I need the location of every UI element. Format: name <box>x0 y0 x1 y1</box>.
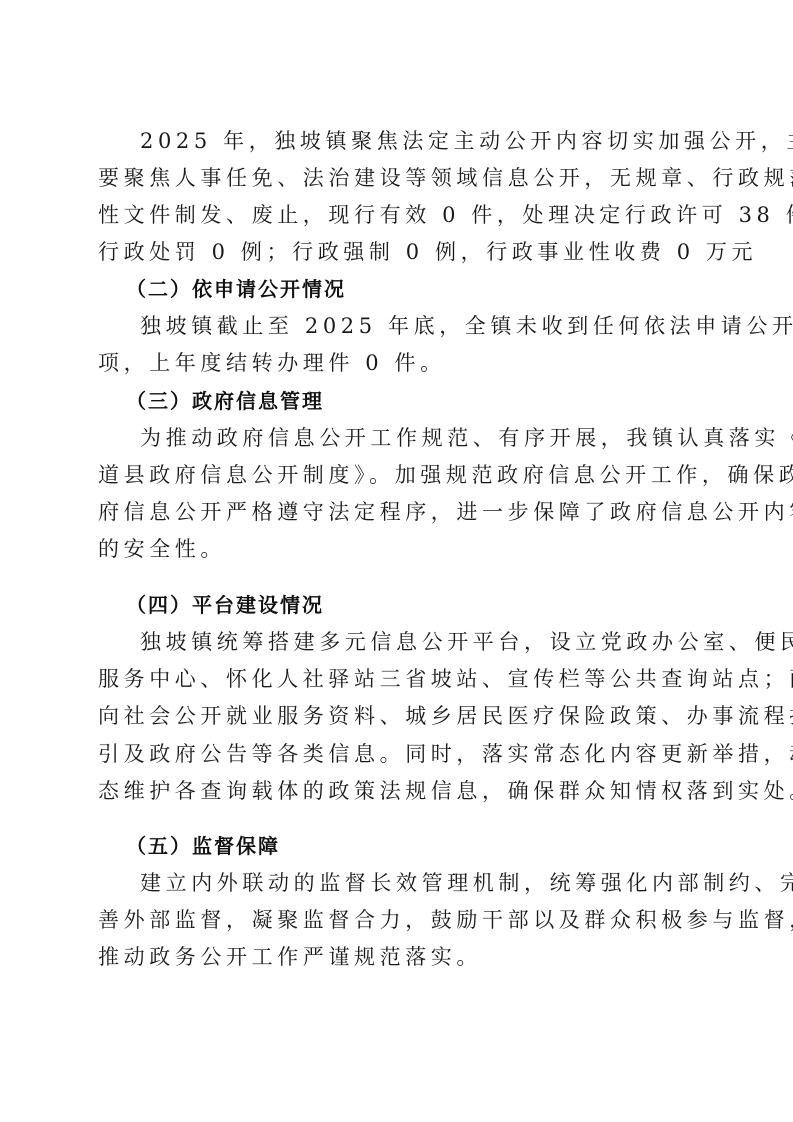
section-heading-info-management: （三）政府信息管理 <box>126 388 324 414</box>
paragraph-line: 向社会公开就业服务资料、城乡居民医疗保险政策、办事流程指 <box>98 703 698 729</box>
paragraph-line: 府信息公开严格遵守法定程序，进一步保障了政府信息公开内容 <box>98 499 698 525</box>
paragraph-line: 态维护各查询载体的政策法规信息，确保群众知情权落到实处。 <box>98 778 698 804</box>
section-heading-platform-construction: （四）平台建设情况 <box>126 592 324 618</box>
paragraph-line: 独坡镇截止至 2025 年底，全镇未收到任何依法申请公开事 <box>140 313 740 339</box>
paragraph-line: 行政处罚 0 例；行政强制 0 例，行政事业性收费 0 万元 <box>98 239 698 265</box>
paragraph-line: 为推动政府信息公开工作规范、有序开展，我镇认真落实《通 <box>140 425 740 451</box>
paragraph-line: 项，上年度结转办理件 0 件。 <box>98 350 698 376</box>
paragraph-line: 道县政府信息公开制度》。加强规范政府信息公开工作，确保政 <box>98 462 698 488</box>
document-page: 2025 年，独坡镇聚焦法定主动公开内容切实加强公开，主 要聚焦人事任免、法治建… <box>0 0 793 1122</box>
section-heading-apply-disclosure: （二）依申请公开情况 <box>126 276 346 302</box>
paragraph-line: 服务中心、怀化人社驿站三省坡站、宣传栏等公共查询站点；面 <box>98 666 698 692</box>
section-heading-supervision: （五）监督保障 <box>126 833 280 859</box>
paragraph-line: 建立内外联动的监督长效管理机制，统筹强化内部制约、完 <box>140 870 740 896</box>
paragraph-line: 引及政府公告等各类信息。同时，落实常态化内容更新举措，动 <box>98 741 698 767</box>
paragraph-line: 性文件制发、废止，现行有效 0 件，处理决定行政许可 38 件， <box>98 202 698 228</box>
paragraph-line: 善外部监督，凝聚监督合力，鼓励干部以及群众积极参与监督， <box>98 907 698 933</box>
paragraph-line: 2025 年，独坡镇聚焦法定主动公开内容切实加强公开，主 <box>140 128 740 154</box>
paragraph-line: 推动政务公开工作严谨规范落实。 <box>98 944 698 970</box>
paragraph-line: 独坡镇统筹搭建多元信息公开平台，设立党政办公室、便民 <box>140 629 740 655</box>
paragraph-line: 的安全性。 <box>98 536 698 562</box>
paragraph-line: 要聚焦人事任免、法治建设等领域信息公开，无规章、行政规范 <box>98 165 698 191</box>
